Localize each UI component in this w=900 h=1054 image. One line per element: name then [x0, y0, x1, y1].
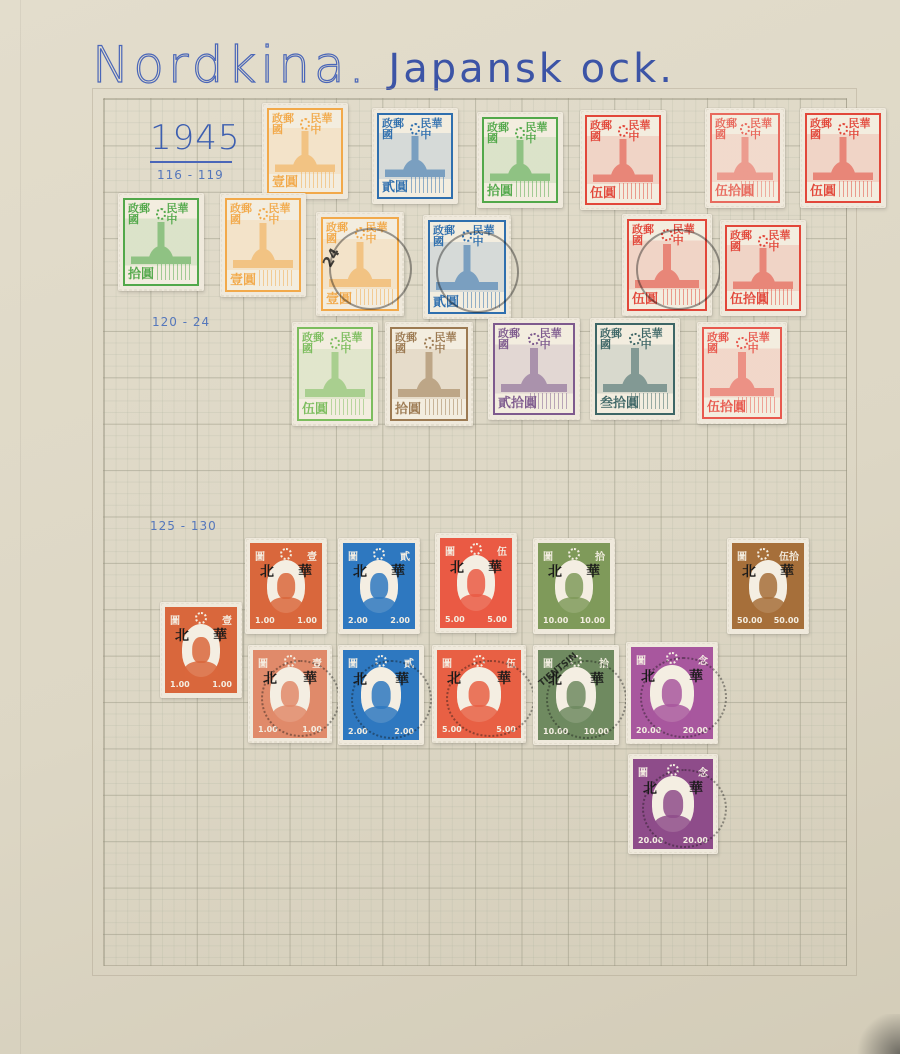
overprint: 北華	[641, 670, 703, 684]
overprint: 北華	[353, 565, 405, 579]
stamp-scene	[329, 242, 391, 287]
stamp-value: 10.0010.00	[543, 727, 609, 736]
portrait-body	[270, 597, 303, 613]
section-label-125-130: 125 - 130	[150, 519, 217, 533]
stamp-design: 政郵國民華中 拾圓	[123, 198, 199, 286]
stamp-header: 政郵國民華中	[302, 332, 368, 354]
stamp-header: 政郵國民華中	[632, 224, 702, 246]
stamp-p1: 圖壹 北華 1.001.00	[245, 538, 327, 634]
overprint: 北華	[260, 565, 312, 579]
stamp-design: 政郵國民華中 壹圓	[267, 108, 343, 194]
stamp-value: 拾圓	[128, 268, 154, 281]
sun-emblem-icon	[666, 652, 678, 664]
stamp-p3: 圖伍 北華 5.005.00	[435, 533, 517, 633]
sun-emblem-icon	[473, 655, 485, 667]
portrait-body	[559, 706, 594, 723]
stamp-scene	[490, 140, 551, 181]
stamp-inscription	[839, 181, 875, 197]
page-shadow	[840, 1014, 900, 1054]
overprint: 北華	[353, 673, 409, 687]
stamp-design: 政郵國民華中 叁拾圓	[595, 323, 675, 415]
stamp-design: 圖拾 北華 10.0010.00	[538, 650, 614, 740]
overprint: 北華	[548, 565, 600, 579]
album-page-edge	[20, 0, 21, 1054]
stamp-s3: 政郵國民華中 拾圓	[477, 112, 563, 208]
stamp-value: 1.001.00	[255, 616, 317, 625]
sun-emblem-icon	[515, 127, 526, 139]
stamp-value: 拾圓	[487, 185, 513, 198]
stamp-value: 壹圓	[326, 293, 352, 306]
stamp-p6: 圖壹 北華 1.001.00	[160, 602, 242, 698]
stamp-scene	[131, 222, 192, 264]
stamp-scene	[603, 348, 667, 392]
stamp-design: 政郵國民華中 壹圓	[321, 217, 399, 311]
overprint: 北華	[450, 561, 502, 575]
stamp-value: 伍圓	[302, 403, 328, 416]
stamp-scene	[813, 137, 874, 180]
stamp-design: 政郵國民華中 貳圓	[428, 220, 506, 314]
sun-emblem-icon	[736, 337, 747, 349]
stamp-header: 政郵國民華中	[498, 328, 570, 350]
portrait-body	[363, 597, 396, 613]
stamp-design: 政郵國民華中 拾圓	[482, 117, 558, 203]
stamp-scene	[593, 139, 654, 182]
stamp-scene	[385, 136, 446, 177]
stamp-header: 政郵國民華中	[326, 222, 394, 244]
stamp-design: 政郵國民華中 壹圓	[225, 198, 301, 292]
stamp-value: 20.0020.00	[638, 836, 708, 845]
stamp-scene	[710, 352, 774, 396]
stamp-design: 圖伍 北華 5.005.00	[437, 650, 521, 738]
portrait-body	[460, 594, 493, 611]
sun-emblem-icon	[618, 125, 629, 137]
stamp-value: 1.001.00	[170, 680, 232, 689]
stamp-design: 政郵國民華中 伍拾圓	[702, 327, 782, 419]
stamp-s11: 政郵國民華中 伍圓	[622, 214, 712, 316]
stamp-s15: 政郵國民華中 貳拾圓	[488, 318, 580, 420]
sun-emblem-icon	[470, 543, 482, 555]
stamp-value: 伍圓	[632, 293, 658, 306]
stamp-value: 2.002.00	[348, 727, 414, 736]
stamp-s5: 政郵國民華中 伍拾圓	[705, 108, 785, 208]
stamp-design: 圖拾 北華 10.0010.00	[538, 543, 610, 629]
stamp-header: 政郵國民華中	[230, 203, 296, 225]
overprint: 北華	[742, 565, 794, 579]
stamp-p9: 圖伍 北華 5.005.00	[432, 645, 526, 743]
sun-emblem-icon	[280, 548, 292, 560]
sun-emblem-icon	[375, 655, 387, 667]
page-title: Nordkina. Japansk ock.	[92, 36, 675, 94]
stamp-inscription	[631, 393, 669, 409]
year-underline	[150, 161, 232, 163]
sun-emblem-icon	[284, 655, 296, 667]
sun-emblem-icon	[300, 118, 311, 130]
stamp-design: 圖壹 北華 1.001.00	[250, 543, 322, 629]
stamp-value: 1.001.00	[258, 725, 322, 734]
stamp-inscription	[759, 289, 795, 305]
year-label: 1945	[150, 118, 241, 158]
stamp-value: 50.0050.00	[737, 616, 799, 625]
stamp-p7: 圖壹 北華 1.001.00	[248, 645, 332, 743]
sun-emblem-icon	[661, 229, 672, 241]
stamp-header: 政郵國民華中	[433, 225, 501, 247]
stamp-scene	[501, 348, 567, 392]
portrait-body	[558, 597, 591, 613]
stamp-inscription	[301, 172, 337, 188]
section-label-116-119: 116 - 119	[157, 168, 224, 182]
stamp-value: 壹圓	[272, 176, 298, 189]
stamp-value: 拾圓	[395, 403, 421, 416]
portrait-body	[185, 661, 218, 677]
stamp-value: 貳圓	[433, 296, 459, 309]
title-main: Nordkina.	[92, 36, 368, 94]
portrait-body	[752, 597, 785, 613]
stamp-s10: 政郵國民華中 貳圓	[423, 215, 511, 319]
sun-emblem-icon	[758, 235, 769, 247]
sun-emblem-icon	[330, 337, 341, 349]
stamp-p11: 圖念 北華 20.0020.00	[626, 642, 718, 744]
sun-emblem-icon	[373, 548, 385, 560]
stamp-s9: 政郵國民華中 壹圓 24	[316, 212, 404, 316]
stamp-design: 圖念 北華 20.0020.00	[631, 647, 713, 739]
stamp-value: 壹圓	[230, 274, 256, 287]
sun-emblem-icon	[258, 208, 269, 220]
stamp-inscription	[331, 399, 367, 415]
stamp-inscription	[463, 292, 500, 308]
sun-emblem-icon	[629, 333, 640, 345]
stamp-s13: 政郵國民華中 伍圓	[292, 322, 378, 426]
sun-emblem-icon	[568, 548, 580, 560]
stamp-design: 圖伍 北華 5.005.00	[440, 538, 512, 628]
stamp-design: 政郵國民華中 拾圓	[390, 327, 468, 421]
stamp-inscription	[356, 289, 393, 305]
stamp-p8: 圖貳 北華 2.002.00	[338, 645, 424, 745]
stamp-design: 圖伍拾 北華 50.0050.00	[732, 543, 804, 629]
stamp-inscription	[530, 393, 569, 409]
stamp-s12: 政郵國民華中 伍拾圓	[720, 220, 806, 316]
overprint: 北華	[548, 673, 604, 687]
stamp-design: 政郵國民華中 伍拾圓	[725, 225, 801, 311]
sun-emblem-icon	[410, 123, 421, 135]
stamp-scene	[733, 248, 794, 289]
stamp-inscription	[157, 264, 193, 280]
stamp-value: 伍圓	[590, 187, 616, 200]
stamp-s2: 政郵國民華中 貳圓	[372, 108, 458, 204]
stamp-scene	[717, 137, 772, 180]
title-sub: Japansk ock.	[388, 46, 675, 92]
stamp-scene	[436, 245, 498, 290]
stamp-header: 政郵國民華中	[600, 328, 670, 350]
sun-emblem-icon	[667, 764, 679, 776]
stamp-p2: 圖貳 北華 2.002.00	[338, 538, 420, 634]
sun-emblem-icon	[570, 655, 582, 667]
stamp-design: 圖壹 北華 1.001.00	[165, 607, 237, 693]
stamp-design: 圖壹 北華 1.001.00	[253, 650, 327, 738]
stamp-s7: 政郵國民華中 拾圓	[118, 193, 204, 291]
stamp-inscription	[425, 399, 462, 415]
sun-emblem-icon	[838, 123, 849, 135]
stamp-s1: 政郵國民華中 壹圓	[262, 103, 348, 199]
stamp-design: 政郵國民華中 伍圓	[805, 113, 881, 203]
stamp-s4: 政郵國民華中 伍圓	[580, 110, 666, 210]
sun-emblem-icon	[528, 333, 539, 345]
stamp-scene	[635, 244, 699, 288]
stamp-design: 政郵國民華中 貳圓	[377, 113, 453, 199]
stamp-design: 政郵國民華中 伍圓	[585, 115, 661, 205]
stamp-scene	[275, 131, 336, 172]
stamp-p10: 圖拾 北華 10.0010.00TIENTSIN	[533, 645, 619, 745]
stamp-p12: 圖念 北華 20.0020.00	[628, 754, 718, 854]
stamp-header: 政郵國民華中	[707, 332, 777, 354]
sun-emblem-icon	[355, 227, 366, 239]
stamp-p5: 圖伍拾 北華 50.0050.00	[727, 538, 809, 634]
sun-emblem-icon	[424, 337, 435, 349]
stamp-inscription	[663, 289, 701, 305]
section-label-120-24: 120 - 24	[152, 315, 210, 329]
stamp-inscription	[516, 181, 552, 197]
stamp-scene	[305, 352, 366, 397]
sun-emblem-icon	[156, 208, 167, 220]
stamp-value: 10.0010.00	[543, 616, 605, 625]
stamp-design: 政郵國民華中 伍圓	[627, 219, 707, 311]
stamp-s8: 政郵國民華中 壹圓	[220, 193, 306, 297]
stamp-value: 伍圓	[810, 185, 836, 198]
stamp-design: 圖貳 北華 2.002.00	[343, 543, 415, 629]
stamp-inscription	[738, 397, 776, 413]
portrait-body	[273, 705, 307, 722]
stamp-value: 5.005.00	[445, 615, 507, 624]
stamp-value: 貳圓	[382, 181, 408, 194]
portrait-body	[364, 706, 399, 723]
sun-emblem-icon	[740, 123, 750, 135]
stamp-s14: 政郵國民華中 拾圓	[385, 322, 473, 426]
stamp-design: 圖貳 北華 2.002.00	[343, 650, 419, 740]
stamp-s6: 政郵國民華中 伍圓	[800, 108, 886, 208]
stamp-scene	[233, 223, 294, 268]
stamp-inscription	[741, 181, 774, 197]
stamp-design: 政郵國民華中 貳拾圓	[493, 323, 575, 415]
portrait-body	[653, 704, 690, 722]
stamp-design: 圖念 北華 20.0020.00	[633, 759, 713, 849]
sun-emblem-icon	[462, 230, 473, 242]
overprint: 北華	[263, 672, 317, 686]
sun-emblem-icon	[757, 548, 769, 560]
stamp-inscription	[259, 270, 295, 286]
stamp-p4: 圖拾 北華 10.0010.00	[533, 538, 615, 634]
portrait-body	[460, 705, 498, 722]
overprint: 北華	[175, 629, 227, 643]
stamp-value: 20.0020.00	[636, 726, 708, 735]
overprint: 北華	[447, 672, 511, 686]
stamp-design: 政郵國民華中 伍拾圓	[710, 113, 780, 203]
portrait-body	[655, 815, 691, 832]
sun-emblem-icon	[195, 612, 207, 624]
stamp-inscription	[411, 177, 447, 193]
stamp-s17: 政郵國民華中 伍拾圓	[697, 322, 787, 424]
stamp-design: 政郵國民華中 伍圓	[297, 327, 373, 421]
stamp-inscription	[619, 183, 655, 199]
stamp-s16: 政郵國民華中 叁拾圓	[590, 318, 680, 420]
stamp-value: 5.005.00	[442, 725, 516, 734]
stamp-value: 2.002.00	[348, 616, 410, 625]
stamp-scene	[398, 352, 460, 397]
stamp-header: 政郵國民華中	[395, 332, 463, 354]
overprint: 北華	[643, 782, 703, 796]
